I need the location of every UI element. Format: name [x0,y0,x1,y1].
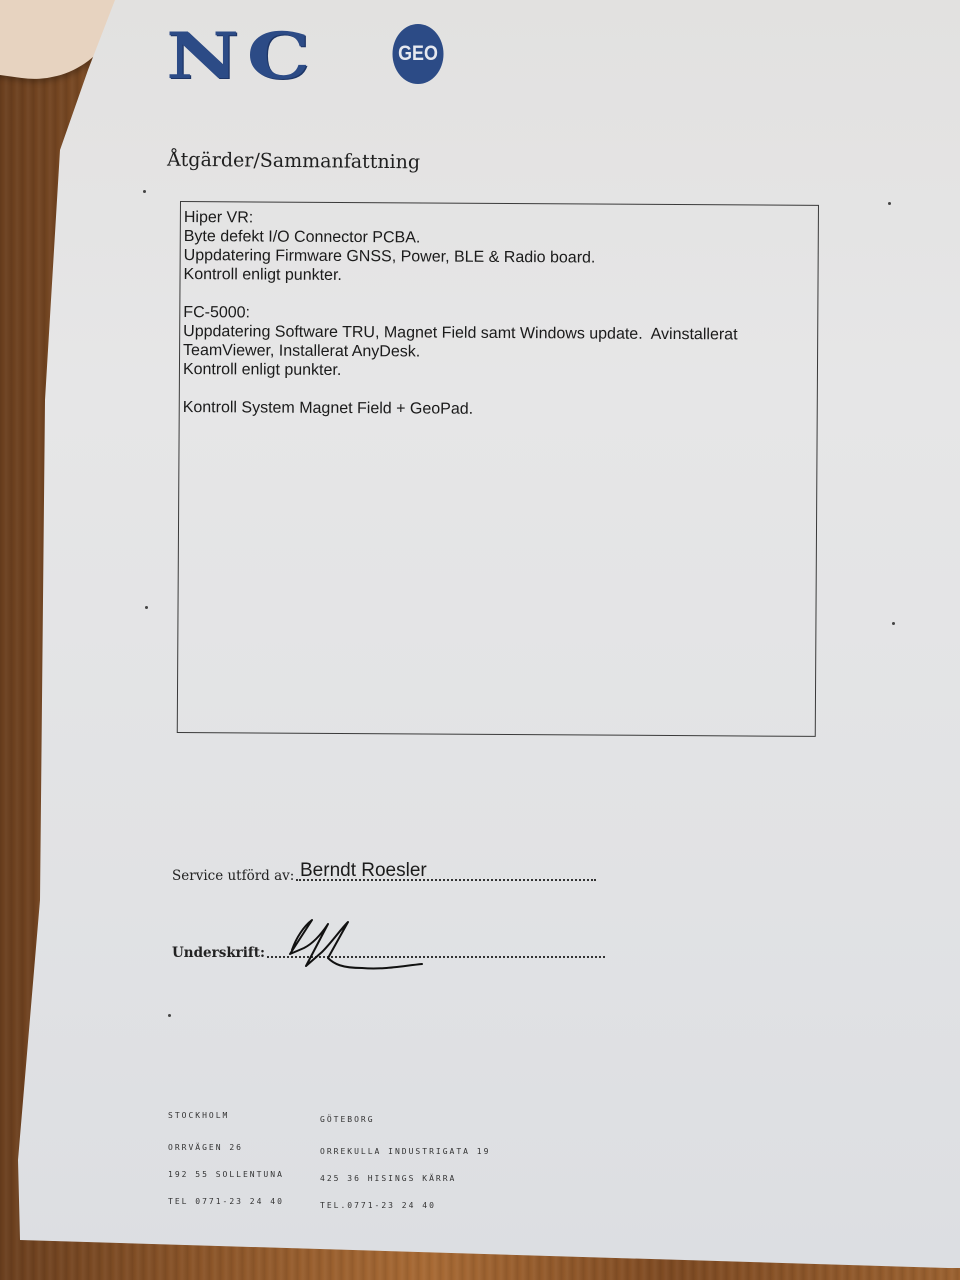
punch-mark [145,606,148,609]
footer-office-goteborg: GÖTEBORG ORREKULLA INDUSTRIGATA 19 425 3… [320,1097,490,1228]
office-phone: TEL 0771-23 24 40 [168,1197,284,1206]
footer-office-stockholm: STOCKHOLM ORRVÄGEN 26 192 55 SOLLENTUNA … [168,1093,284,1224]
logo-geo-badge: GEO [393,24,444,84]
office-address-line: 192 55 SOLLENTUNA [168,1170,284,1179]
signature-label: Underskrift: [172,945,265,961]
handwritten-signature-icon [282,908,442,978]
summary-line: Kontroll enligt punkter. [183,360,817,383]
punch-mark [143,190,146,193]
office-city: GÖTEBORG [320,1115,490,1124]
section-heading: Åtgärder/Sammanfattning [167,149,420,174]
logo-wordmark: NC [166,25,318,89]
punch-mark [892,622,895,625]
punch-mark [168,1014,171,1017]
office-address-line: ORREKULLA INDUSTRIGATA 19 [320,1147,490,1156]
punch-mark [888,202,891,205]
office-phone: TEL.0771-23 24 40 [320,1201,490,1210]
summary-line: Kontroll enligt punkter. [183,265,817,288]
service-report-page: NC GEO Åtgärder/Sammanfattning Hiper VR:… [0,0,960,1280]
summary-line: Kontroll System Magnet Field + GeoPad. [183,398,817,421]
office-address-line: ORRVÄGEN 26 [168,1143,284,1152]
service-performed-label: Service utförd av: [172,868,294,884]
service-performed-value: Berndt Roesler [300,860,427,882]
office-city: STOCKHOLM [168,1111,284,1120]
signature-section: Service utförd av: Berndt Roesler Unders… [172,860,602,980]
nc-geo-logo: NC GEO [166,24,287,90]
office-address-line: 425 36 HISINGS KÄRRA [320,1174,490,1183]
summary-box: Hiper VR:Byte defekt I/O Connector PCBA.… [177,201,819,737]
